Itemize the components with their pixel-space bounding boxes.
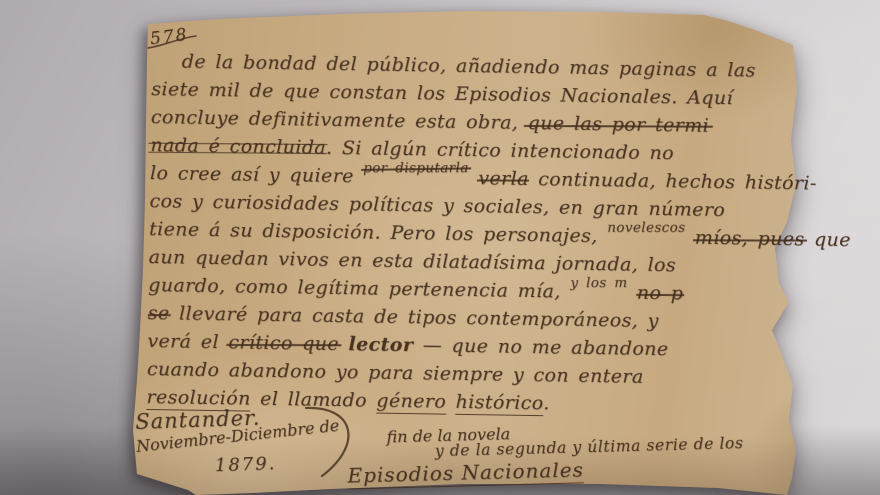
handwritten-text: lector xyxy=(348,333,413,356)
struck-text: crítico que xyxy=(228,331,339,355)
handwritten-text: continuada, hechos históri- xyxy=(529,168,817,195)
struck-text: que las por termi xyxy=(527,112,709,137)
handwritten-text xyxy=(627,281,637,303)
handwritten-text: verá el xyxy=(147,330,228,353)
handwritten-text: . xyxy=(543,392,550,414)
underlined-text: histórico xyxy=(455,391,543,416)
struck-text: nada é concluida xyxy=(150,134,326,159)
manuscript-text: de la bondad del público, añadiendo mas … xyxy=(146,47,777,421)
struck-text: verla xyxy=(478,167,529,190)
manuscript-photo: 578 de la bondad del público, añadiendo … xyxy=(0,0,880,495)
handwritten-text: guardo, como legítima pertenencia mía, xyxy=(148,274,570,303)
struck-text: míos, pues xyxy=(695,227,805,251)
struck-text: se xyxy=(148,302,170,324)
handwritten-text: que xyxy=(804,228,851,251)
inserted-text: novelescos xyxy=(607,223,685,233)
inserted-text: y los m xyxy=(570,278,627,288)
handwritten-text: — que no me abandone xyxy=(413,334,669,360)
colophon-block: fin de la novela y de la segunda y últim… xyxy=(374,416,815,488)
underlined-text: género xyxy=(376,390,446,415)
handwritten-text: tiene á su disposición. Pero los persona… xyxy=(149,218,607,247)
handwritten-text: concluye definitivamente esta obra, xyxy=(151,106,528,134)
struck-text: por disputarla xyxy=(363,163,469,173)
handwritten-text xyxy=(685,226,695,248)
handwritten-text: lo cree así y quiere xyxy=(150,162,364,187)
struck-text: no p xyxy=(637,282,684,305)
